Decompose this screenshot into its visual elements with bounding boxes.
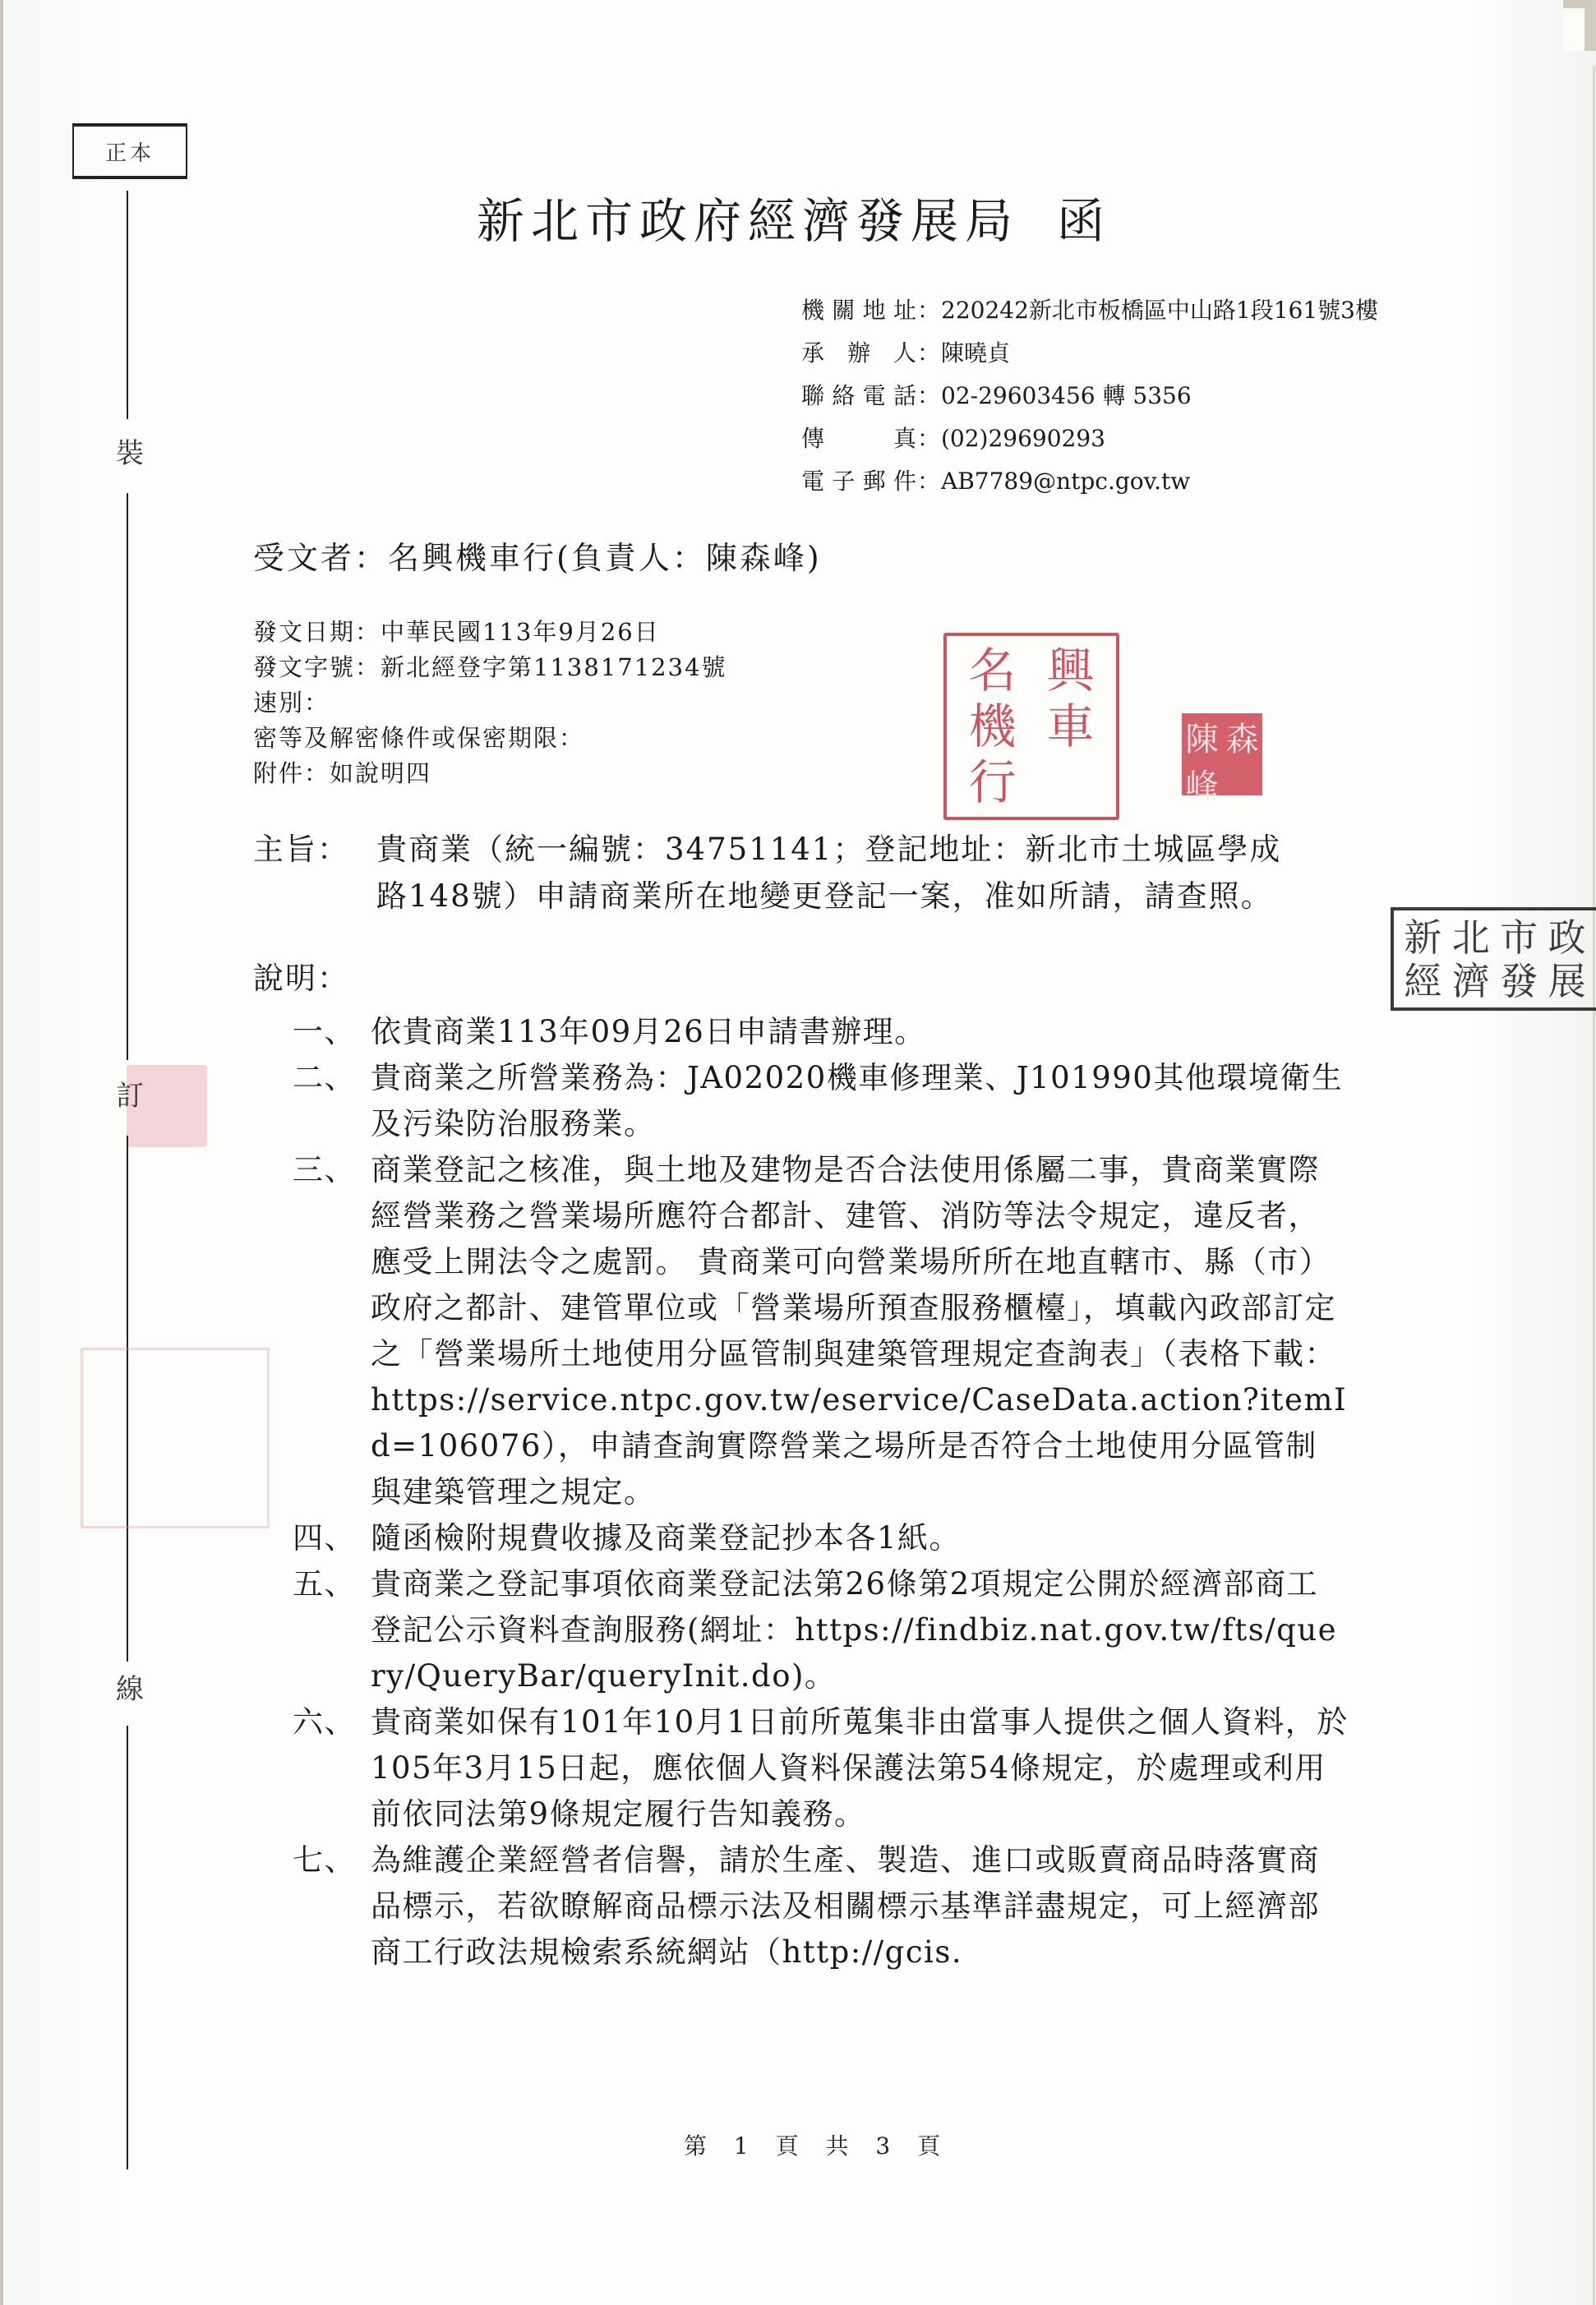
agency-name: 新北市政府經濟發展局 bbox=[477, 193, 1019, 249]
email-address: AB7789@ntpc.gov.tw bbox=[941, 460, 1190, 503]
binding-mark-xian: 線 bbox=[113, 1667, 146, 1707]
page-edge-right bbox=[1593, 66, 1595, 2305]
classification-row: 密等及解密條件或保密期限： bbox=[253, 721, 727, 756]
attachment-value: 如說明四 bbox=[330, 759, 431, 787]
page-number: 第 1 頁 共 3 頁 bbox=[684, 2128, 941, 2161]
agency-address: 220242新北市板橋區中山路1段161號3樓 bbox=[941, 289, 1378, 332]
binding-line bbox=[127, 493, 128, 1060]
document-number: 新北經登字第1138171234號 bbox=[381, 653, 727, 681]
copy-type-label: 正本 bbox=[72, 123, 187, 179]
contact-row-handler: 承辦人：陳曉貞 bbox=[801, 332, 1378, 375]
document-title: 新北市政府經濟發展局函 bbox=[477, 182, 1111, 251]
explanation-item: 三、商業登記之核准，與土地及建物是否合法使用係屬二事，貴商業實際經營業務之營業場… bbox=[293, 1147, 1361, 1515]
contact-row-address: 機關地址：220242新北市板橋區中山路1段161號3樓 bbox=[801, 289, 1378, 332]
contact-row-email: 電子郵件：AB7789@ntpc.gov.tw bbox=[801, 460, 1378, 503]
explanation-item: 四、隨函檢附規費收據及商業登記抄本各1紙。 bbox=[293, 1515, 1361, 1561]
phone-number: 02-29603456 轉 5356 bbox=[941, 375, 1192, 417]
explanation-list: 一、依貴商業113年09月26日申請書辦理。 二、貴商業之所營業務為：JA020… bbox=[293, 1009, 1361, 1975]
recipient: 受文者：名興機車行(負責人：陳森峰) bbox=[253, 532, 822, 578]
binding-line bbox=[127, 1726, 128, 2169]
subject-section: 主旨： 貴商業（統一編號：34751141；登記地址：新北市土城區學成路148號… bbox=[253, 826, 1313, 920]
issue-meta-block: 發文日期：中華民國113年9月26日 發文字號：新北經登字第1138171234… bbox=[253, 615, 727, 791]
company-seal-stamp: 名 興 機 車 行 bbox=[943, 633, 1119, 820]
margin-faded-seal-stamp bbox=[81, 1348, 270, 1528]
page-corner-fold bbox=[1563, 0, 1596, 51]
document-number-row: 發文字號：新北經登字第1138171234號 bbox=[253, 650, 727, 685]
explanation-item: 七、為維護企業經營者信譽，請於生產、製造、進口或販賣商品時落實商品標示，若欲瞭解… bbox=[293, 1837, 1361, 1975]
page-edge-left bbox=[0, 0, 3, 2305]
agency-seal-stamp: 新 北 市 政 經 濟 發 展 bbox=[1391, 907, 1596, 1011]
explanation-label: 說明： bbox=[253, 953, 349, 998]
binding-mark-zhuang: 裝 bbox=[113, 431, 146, 471]
document-page: 正本 裝 訂 線 新北市政府經濟發展局函 機關地址：220242新北市板橋區中山… bbox=[0, 0, 1596, 2305]
binding-mark-ding: 訂 bbox=[113, 1073, 146, 1113]
contact-block: 機關地址：220242新北市板橋區中山路1段161號3樓 承辦人：陳曉貞 聯絡電… bbox=[801, 289, 1378, 503]
attachment-row: 附件：如說明四 bbox=[253, 756, 727, 791]
explanation-item: 五、貴商業之登記事項依商業登記法第26條第2項規定公開於經濟部商工登記公示資料查… bbox=[293, 1561, 1361, 1699]
subject-text: 貴商業（統一編號：34751141；登記地址：新北市土城區學成路148號）申請商… bbox=[376, 826, 1313, 920]
fax-number: (02)29690293 bbox=[941, 417, 1105, 460]
contact-row-fax: 傳真：(02)29690293 bbox=[801, 417, 1378, 460]
contact-row-phone: 聯絡電話：02-29603456 轉 5356 bbox=[801, 375, 1378, 417]
handler-name: 陳曉貞 bbox=[941, 332, 1010, 375]
binding-line bbox=[127, 191, 128, 419]
personal-seal-stamp: 陳 森 峰 bbox=[1182, 713, 1262, 795]
explanation-item: 一、依貴商業113年09月26日申請書辦理。 bbox=[293, 1009, 1361, 1055]
document-type: 函 bbox=[1057, 193, 1111, 249]
issue-date-row: 發文日期：中華民國113年9月26日 bbox=[253, 615, 727, 650]
subject-label: 主旨： bbox=[253, 826, 376, 920]
issue-date: 中華民國113年9月26日 bbox=[381, 618, 660, 646]
explanation-item: 六、貴商業如保有101年10月1日前所蒐集非由當事人提供之個人資料，於105年3… bbox=[293, 1699, 1361, 1837]
explanation-item: 二、貴商業之所營業務為：JA02020機車修理業、J101990其他環境衛生及污… bbox=[293, 1055, 1361, 1147]
priority-row: 速別： bbox=[253, 685, 727, 721]
